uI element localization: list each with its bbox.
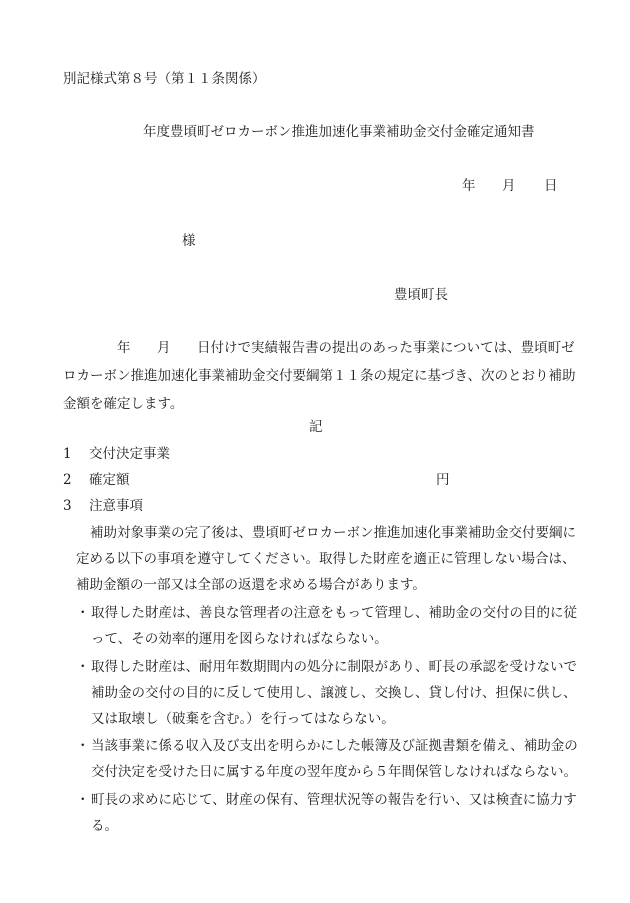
bullet-mark: ・ (76, 794, 91, 808)
bullet-mark: ・ (76, 607, 91, 621)
date-day: 日 (544, 180, 558, 194)
bullet-line: って、その効率的運用を図らなければならない。 (91, 633, 388, 647)
item-1: 1交付決定事業 (63, 448, 170, 462)
notes-intro-line: 定める以下の事項を遵守してください。取得した財産を適正に管理しない場合は、 (76, 553, 576, 567)
bullet-mark: ・ (76, 661, 91, 675)
date-month: 月 (502, 180, 516, 194)
bullet-line: 町長の求めに応じて、財産の保有、管理状況等の報告を行い、又は検査に協力す (91, 792, 577, 808)
bullet-line: 当該事業に係る収入及び支出を明らかにした帳簿及び証拠書類を備え、補助金の (91, 738, 578, 754)
item-2: 2確定額 円 (63, 474, 130, 488)
bullet-line: る。 (91, 820, 118, 834)
form-label: 別記様式第８号（第１１条関係） (63, 73, 266, 87)
bullet-line: 補助金の交付の目的に反して使用し、譲渡し、交換し、貸し付け、担保に供し、 (91, 687, 576, 701)
item-number: 2 (63, 474, 89, 488)
item-number: 1 (63, 448, 89, 462)
bullet-mark: ・ (76, 740, 91, 754)
intro-year: 年 (117, 342, 131, 356)
bullet-line: 取得した財産は、耐用年数期間内の処分に制限があり、町長の承認を受けないで (91, 659, 577, 675)
item-3: 3注意事項 (63, 500, 143, 514)
notes-intro-line: 補助対象事業の完了後は、豊頃町ゼロカーボン推進加速化事業補助金交付要綱に (90, 527, 576, 541)
intro-line1-text: 日付けで実績報告書の提出のあった事業については、豊頃町ゼ (197, 342, 575, 356)
addressee-suffix: 様 (182, 235, 196, 249)
amount-unit: 円 (436, 474, 450, 488)
sender-name: 豊頃町長 (394, 289, 448, 303)
item-label: 交付決定事業 (89, 446, 170, 462)
intro-month: 月 (157, 342, 171, 356)
intro-line-3: 金額を確定します。 (63, 398, 183, 412)
document-title: 年度豊頃町ゼロカーボン推進加速化事業補助金交付金確定通知書 (143, 126, 535, 140)
date-year: 年 (462, 180, 476, 194)
ki-heading: 記 (309, 421, 323, 435)
intro-line-2: ロカーボン推進加速化事業補助金交付要綱第１１条の規定に基づき、次のとおり補助 (63, 370, 575, 384)
notes-intro-line: 補助金額の一部又は全部の返還を求める場合があります。 (76, 579, 426, 593)
item-label: 注意事項 (89, 498, 143, 514)
bullet-line: 取得した財産は、善良な管理者の注意をもって管理し、補助金の交付の目的に従 (91, 605, 577, 621)
bullet-line: 又は取壊し（破棄を含む。）を行ってはならない。 (91, 713, 395, 727)
item-number: 3 (63, 500, 89, 514)
bullet-line: 交付決定を受けた日に属する年度の翌年度から５年間保管しなければならない。 (91, 766, 577, 780)
item-label: 確定額 (89, 472, 130, 488)
